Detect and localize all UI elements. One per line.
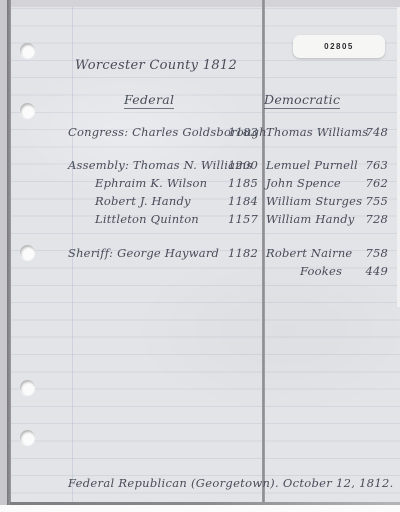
democratic-candidate: William Sturges xyxy=(266,194,362,208)
federal-votes: 1157 xyxy=(228,212,258,226)
federal-votes: 1200 xyxy=(228,158,258,172)
hole-punch xyxy=(20,103,35,118)
democratic-votes: 755 xyxy=(365,194,388,208)
federal-votes: 1183 xyxy=(228,125,258,139)
table-row: Congress: Charles Goldsborough 1183 Thom… xyxy=(68,125,390,141)
federal-candidate: Ephraim K. Wilson xyxy=(95,176,207,190)
office-label: Congress: xyxy=(68,125,128,139)
table-row: Fookes 449 xyxy=(68,264,390,280)
page-title: Worcester County 1812 xyxy=(75,58,237,73)
democratic-candidate: William Handy xyxy=(266,212,355,226)
office-label: Assembly: xyxy=(68,158,129,172)
column-header-federal: Federal xyxy=(124,92,174,109)
democratic-candidate: Thomas Williams xyxy=(266,125,368,139)
democratic-candidate: Lemuel Purnell xyxy=(266,158,358,172)
scanned-ledger-page: 02805 Worcester County 1812 Federal Demo… xyxy=(0,0,400,512)
democratic-votes: 728 xyxy=(365,212,388,226)
federal-votes: 1182 xyxy=(228,246,258,260)
democratic-votes: 763 xyxy=(365,158,388,172)
table-row: Sheriff: George Hayward 1182 Robert Nair… xyxy=(68,246,390,262)
table-row: Ephraim K. Wilson 1185 John Spence 762 xyxy=(68,176,390,192)
table-row: Littleton Quinton 1157 William Handy 728 xyxy=(68,212,390,228)
scan-left-shadow xyxy=(7,0,11,512)
column-header-democratic: Democratic xyxy=(264,92,340,109)
democratic-candidate: Fookes xyxy=(300,264,342,278)
federal-candidate: George Hayward xyxy=(117,246,219,260)
archive-number: 02805 xyxy=(293,35,385,58)
federal-candidate: Littleton Quinton xyxy=(95,212,199,226)
scan-left-edge xyxy=(0,0,7,512)
hole-punch xyxy=(20,43,35,58)
hole-punch xyxy=(20,245,35,260)
democratic-votes: 762 xyxy=(365,176,388,190)
scan-bottom-margin xyxy=(0,505,400,512)
federal-candidate: Robert J. Handy xyxy=(95,194,191,208)
table-row: Robert J. Handy 1184 William Sturges 755 xyxy=(68,194,390,210)
source-citation: Federal Republican (Georgetown). October… xyxy=(68,476,394,490)
hole-punch xyxy=(20,380,35,395)
democratic-votes: 449 xyxy=(365,264,388,278)
democratic-candidate: Robert Nairne xyxy=(266,246,352,260)
democratic-candidate: John Spence xyxy=(266,176,341,190)
archive-number-sticker: 02805 xyxy=(293,35,385,58)
federal-votes: 1184 xyxy=(228,194,258,208)
democratic-votes: 748 xyxy=(365,125,388,139)
office-label: Sheriff: xyxy=(68,246,113,260)
democratic-votes: 758 xyxy=(365,246,388,260)
hole-punch xyxy=(20,430,35,445)
federal-votes: 1185 xyxy=(228,176,258,190)
table-row: Assembly: Thomas N. Williams 1200 Lemuel… xyxy=(68,158,390,174)
